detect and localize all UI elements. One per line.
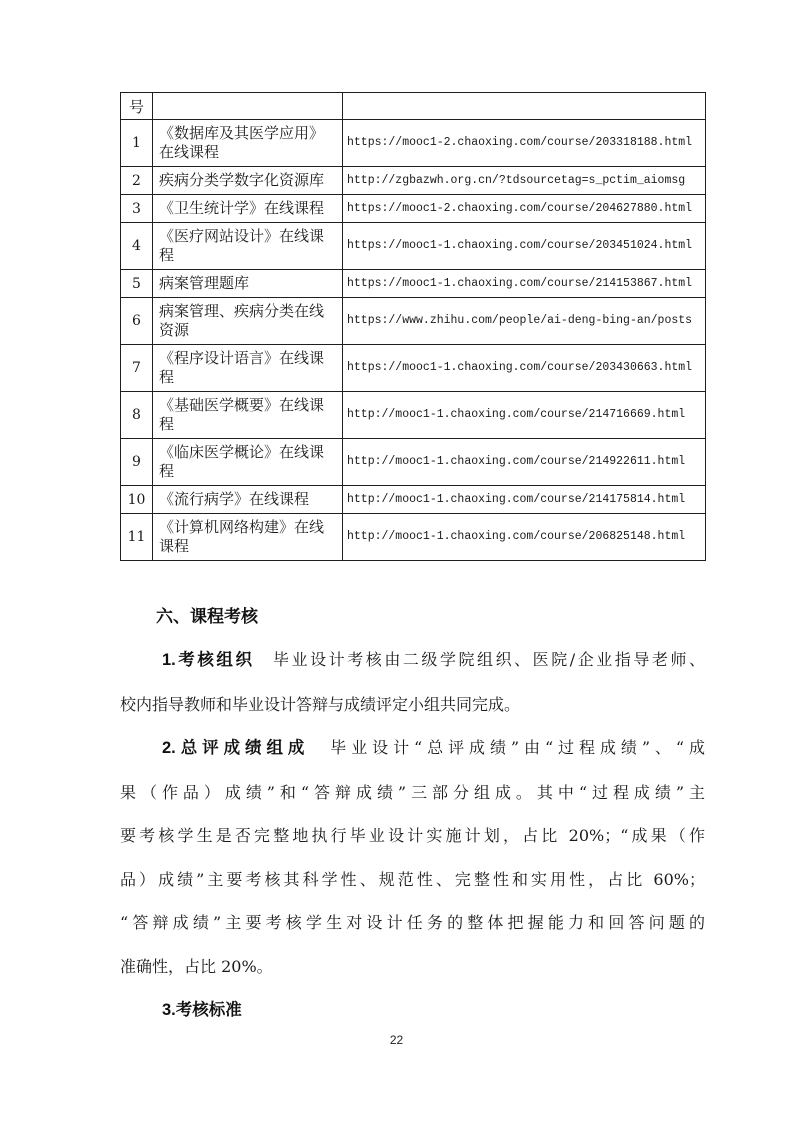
text-line: 准确性，占比 20%。 — [120, 945, 705, 989]
table-body: 1《数据库及其医学应用》在线课程https://mooc1-2.chaoxing… — [121, 120, 706, 561]
resource-name-cell: 《医疗网站设计》在线课程 — [153, 223, 343, 270]
resource-name-cell: 病案管理、疾病分类在线资源 — [153, 298, 343, 345]
row-number-cell: 4 — [121, 223, 153, 270]
resource-name-cell: 《计算机网络构建》在线课程 — [153, 514, 343, 561]
resource-url-cell: https://mooc1-1.chaoxing.com/course/2034… — [343, 345, 706, 392]
row-number-cell: 8 — [121, 392, 153, 439]
table-header-name — [153, 93, 343, 120]
table-row: 5病案管理题库https://mooc1-1.chaoxing.com/cour… — [121, 270, 706, 298]
line-text: 果（作品）成绩”和“答辩成绩”三部分组成。其中“过程成绩”主 — [120, 783, 705, 802]
text-line: 要考核学生是否完整地执行毕业设计实施计划，占比 20%；“成果（作 — [120, 814, 705, 858]
paragraph-lead-label: 3.考核标准 — [162, 1001, 242, 1019]
table-row: 3《卫生统计学》在线课程https://mooc1-2.chaoxing.com… — [121, 195, 706, 223]
text-line: “答辩成绩”主要考核学生对设计任务的整体把握能力和回答问题的 — [120, 901, 705, 945]
line-text: 准确性，占比 20%。 — [120, 957, 273, 976]
line-text: 要考核学生是否完整地执行毕业设计实施计划，占比 20%；“成果（作 — [120, 826, 705, 845]
resource-name-cell: 《流行病学》在线课程 — [153, 486, 343, 514]
section-heading: 六、课程考核 — [120, 595, 705, 638]
text-line: 校内指导教师和毕业设计答辩与成绩评定小组共同完成。 — [120, 683, 705, 727]
table-row: 7《程序设计语言》在线课程https://mooc1-1.chaoxing.co… — [121, 345, 706, 392]
resource-url-cell: http://mooc1-1.chaoxing.com/course/21471… — [343, 392, 706, 439]
page-number: 22 — [0, 1033, 793, 1047]
resource-url-cell: https://mooc1-2.chaoxing.com/course/2046… — [343, 195, 706, 223]
table-header-row: 号 — [121, 93, 706, 120]
paragraph-lead-label: 2.总评成绩组成 — [162, 739, 309, 757]
text-line: 品）成绩”主要考核其科学性、规范性、完整性和实用性，占比 60%； — [120, 858, 705, 902]
resource-url-cell: http://mooc1-1.chaoxing.com/course/21417… — [343, 486, 706, 514]
resource-url-cell: https://mooc1-1.chaoxing.com/course/2034… — [343, 223, 706, 270]
line-text: 校内指导教师和毕业设计答辩与成绩评定小组共同完成。 — [120, 695, 520, 714]
table-row: 8《基础医学概要》在线课程http://mooc1-1.chaoxing.com… — [121, 392, 706, 439]
row-number-cell: 6 — [121, 298, 153, 345]
resource-url-cell: http://mooc1-1.chaoxing.com/course/20682… — [343, 514, 706, 561]
row-number-cell: 7 — [121, 345, 153, 392]
section-body: 1.考核组织 毕业设计考核由二级学院组织、医院/企业指导老师、校内指导教师和毕业… — [120, 638, 705, 1033]
table-row: 4《医疗网站设计》在线课程https://mooc1-1.chaoxing.co… — [121, 223, 706, 270]
line-text: “答辩成绩”主要考核学生对设计任务的整体把握能力和回答问题的 — [120, 913, 705, 932]
row-number-cell: 9 — [121, 439, 153, 486]
text-line: 1.考核组织 毕业设计考核由二级学院组织、医院/企业指导老师、 — [120, 638, 705, 683]
line-text: 毕业设计“总评成绩”由“过程成绩”、“成 — [309, 738, 705, 757]
table-header-number: 号 — [121, 93, 153, 120]
paragraph: 3.考核标准 — [120, 988, 705, 1033]
assessment-section: 六、课程考核 1.考核组织 毕业设计考核由二级学院组织、医院/企业指导老师、校内… — [120, 595, 705, 1033]
paragraph: 1.考核组织 毕业设计考核由二级学院组织、医院/企业指导老师、校内指导教师和毕业… — [120, 638, 705, 726]
table-row: 1《数据库及其医学应用》在线课程https://mooc1-2.chaoxing… — [121, 120, 706, 167]
row-number-cell: 10 — [121, 486, 153, 514]
paragraph-lead-label: 1.考核组织 — [162, 651, 255, 669]
resource-url-cell: https://mooc1-2.chaoxing.com/course/2033… — [343, 120, 706, 167]
text-line: 3.考核标准 — [120, 988, 705, 1033]
resource-url-cell: https://www.zhihu.com/people/ai-deng-bin… — [343, 298, 706, 345]
page-content: 号 1《数据库及其医学应用》在线课程https://mooc1-2.chaoxi… — [120, 92, 705, 1033]
row-number-cell: 3 — [121, 195, 153, 223]
table-row: 2疾病分类学数字化资源库http://zgbazwh.org.cn/?tdsou… — [121, 167, 706, 195]
resource-name-cell: 《临床医学概论》在线课程 — [153, 439, 343, 486]
text-line: 2.总评成绩组成 毕业设计“总评成绩”由“过程成绩”、“成 — [120, 726, 705, 771]
table-header-url — [343, 93, 706, 120]
resource-url-cell: https://mooc1-1.chaoxing.com/course/2141… — [343, 270, 706, 298]
table-row: 6病案管理、疾病分类在线资源https://www.zhihu.com/peop… — [121, 298, 706, 345]
table-row: 10《流行病学》在线课程http://mooc1-1.chaoxing.com/… — [121, 486, 706, 514]
online-resource-table: 号 1《数据库及其医学应用》在线课程https://mooc1-2.chaoxi… — [120, 92, 706, 561]
row-number-cell: 1 — [121, 120, 153, 167]
resource-name-cell: 病案管理题库 — [153, 270, 343, 298]
table-row: 9《临床医学概论》在线课程http://mooc1-1.chaoxing.com… — [121, 439, 706, 486]
line-text: 品）成绩”主要考核其科学性、规范性、完整性和实用性，占比 60%； — [120, 870, 705, 889]
row-number-cell: 11 — [121, 514, 153, 561]
resource-name-cell: 疾病分类学数字化资源库 — [153, 167, 343, 195]
resource-name-cell: 《卫生统计学》在线课程 — [153, 195, 343, 223]
resource-name-cell: 《基础医学概要》在线课程 — [153, 392, 343, 439]
resource-url-cell: http://zgbazwh.org.cn/?tdsourcetag=s_pct… — [343, 167, 706, 195]
resource-name-cell: 《程序设计语言》在线课程 — [153, 345, 343, 392]
table-row: 11《计算机网络构建》在线课程http://mooc1-1.chaoxing.c… — [121, 514, 706, 561]
resource-url-cell: http://mooc1-1.chaoxing.com/course/21492… — [343, 439, 706, 486]
resource-name-cell: 《数据库及其医学应用》在线课程 — [153, 120, 343, 167]
text-line: 果（作品）成绩”和“答辩成绩”三部分组成。其中“过程成绩”主 — [120, 771, 705, 815]
row-number-cell: 2 — [121, 167, 153, 195]
line-text: 毕业设计考核由二级学院组织、医院/企业指导老师、 — [255, 650, 706, 669]
document-page: 号 1《数据库及其医学应用》在线课程https://mooc1-2.chaoxi… — [0, 0, 793, 1122]
row-number-cell: 5 — [121, 270, 153, 298]
paragraph: 2.总评成绩组成 毕业设计“总评成绩”由“过程成绩”、“成果（作品）成绩”和“答… — [120, 726, 705, 988]
